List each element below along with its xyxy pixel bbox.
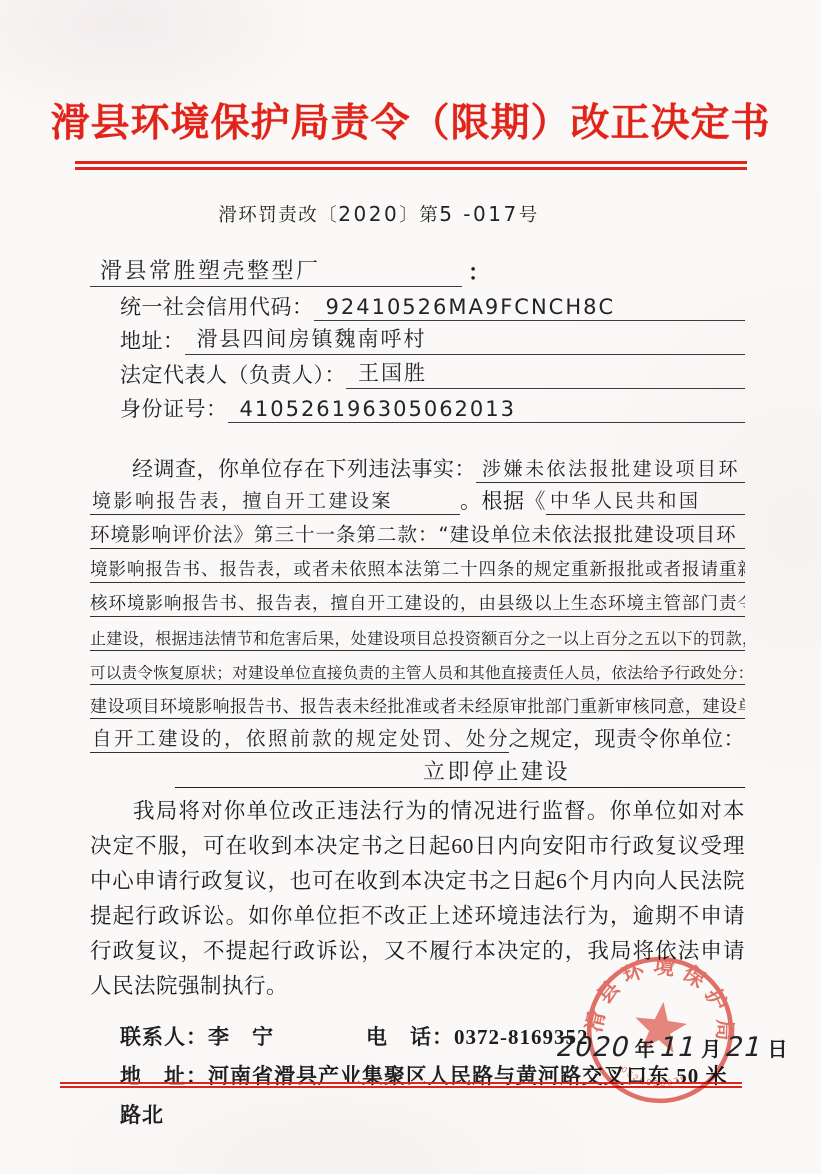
violation-facts-block: 经调查，你单位存在下列违法事实： 涉嫌未依法报批建设项目环 境影响报告表，擅自开… bbox=[90, 449, 745, 1004]
basis-printed: 。根据《 bbox=[460, 485, 546, 515]
law-citation-line: 环境影响评价法》第三十一条第二款：“建设单位未依法报批建设项目环 bbox=[90, 515, 745, 549]
field-credit-code: 统一社会信用代码： 92410526MA9FCNCH8C bbox=[120, 287, 745, 321]
law-citation-end-handwritten: 自开工建设的，依照前款的规定处罚、处分” bbox=[90, 723, 509, 753]
recipient-colon: ： bbox=[462, 256, 490, 287]
field-label: 统一社会信用代码： bbox=[120, 291, 314, 321]
date-year-label: 年 bbox=[635, 1033, 655, 1062]
law-title-handwritten: 中华人民共和国 bbox=[546, 486, 745, 515]
date-year-handwritten: 2020 bbox=[553, 1032, 633, 1063]
field-value-handwritten: 滑县四间房镇魏南呼村 bbox=[185, 323, 746, 355]
law-citation-block: 环境影响评价法》第三十一条第二款：“建设单位未依法报批建设项目环 境影响报告书、… bbox=[90, 515, 745, 719]
stop-construction-handwritten: 立即停止建设 bbox=[175, 755, 745, 788]
law-citation-line: 止建设，根据违法情节和危害后果，处建设项目总投资额百分之一以上百分之五以下的罚款… bbox=[90, 617, 745, 651]
contact-person-label: 联系人： bbox=[120, 1025, 208, 1049]
facts-handwritten-2: 境影响报告表，擅自开工建设案 bbox=[90, 486, 460, 515]
issue-date: 2020 年 11 月 21 日 bbox=[552, 1032, 787, 1063]
field-label: 地址： bbox=[120, 325, 185, 355]
doc-number-prefix: 滑环罚责改〔 bbox=[218, 206, 338, 226]
field-label: 身份证号： bbox=[120, 393, 228, 423]
document-title: 滑县环境保护局责令（限期）改正决定书 bbox=[38, 92, 783, 148]
red-rule-bottom bbox=[75, 167, 747, 170]
title-double-rule bbox=[75, 161, 747, 170]
law-citation-line: 境影响报告书、报告表，或者未依照本法第二十四条的规定重新报批或者报请重新审 bbox=[90, 549, 745, 583]
field-label: 法定代表人（负责人）： bbox=[120, 359, 346, 389]
correction-order-line: 立即停止建设 bbox=[175, 757, 745, 788]
law-citation-line: 核环境影响报告书、报告表，擅自开工建设的，由县级以上生态环境主管部门责令停 bbox=[90, 583, 745, 617]
order-intro-line: 自开工建设的，依照前款的规定处罚、处分” 之规定，现责令你单位： bbox=[90, 719, 745, 753]
date-day-label: 日 bbox=[767, 1033, 787, 1062]
facts-intro-printed: 经调查，你单位存在下列违法事实： bbox=[90, 453, 476, 483]
recipient-line: 滑县常胜塑壳整型厂 ： bbox=[90, 251, 745, 287]
facts-intro-line: 经调查，你单位存在下列违法事实： 涉嫌未依法报批建设项目环 bbox=[90, 449, 745, 483]
contact-person-name: 李 宁 bbox=[208, 1025, 274, 1049]
recipient-name-handwritten: 滑县常胜塑壳整型厂 bbox=[90, 254, 462, 287]
facts-basis-line: 境影响报告表，擅自开工建设案 。根据《 中华人民共和国 bbox=[90, 483, 745, 515]
facts-handwritten-1: 涉嫌未依法报批建设项目环 bbox=[476, 454, 745, 483]
order-printed: 之规定，现责令你单位： bbox=[509, 723, 746, 753]
field-address: 地址： 滑县四间房镇魏南呼村 bbox=[120, 321, 745, 355]
date-month-handwritten: 11 bbox=[656, 1032, 700, 1063]
red-rule-top bbox=[75, 161, 747, 164]
doc-number-suffix: 号 bbox=[519, 206, 539, 226]
field-id-number: 身份证号： 410526196305062013 bbox=[120, 389, 745, 423]
field-value-handwritten: 410526196305062013 bbox=[228, 397, 746, 423]
field-value-handwritten: 92410526MA9FCNCH8C bbox=[314, 295, 746, 321]
seal-serial-digits: 0526030076 bbox=[618, 1064, 691, 1093]
doc-number: 滑环罚责改〔2020〕第5 -017号 bbox=[0, 201, 789, 227]
phone-label: 电 话： bbox=[366, 1025, 454, 1049]
law-citation-line: 可以责令恢复原状；对建设单位直接负责的主管人员和其他直接责任人员，依法给予行政处… bbox=[90, 651, 745, 685]
date-month-label: 月 bbox=[701, 1033, 721, 1062]
date-day-handwritten: 21 bbox=[722, 1032, 766, 1063]
official-seal: 滑县环境保护局 0526030076 bbox=[564, 934, 756, 1126]
field-value-handwritten: 王国胜 bbox=[346, 357, 745, 389]
scanned-document-page: 滑县环境保护局责令（限期）改正决定书 滑环罚责改〔2020〕第5 -017号 滑… bbox=[0, 0, 821, 1174]
svg-text:0526030076: 0526030076 bbox=[618, 1064, 691, 1093]
law-citation-line: 建设项目环境影响报告书、报告表未经批准或者未经原审批部门重新审核同意，建设单位擅 bbox=[90, 685, 745, 719]
field-legal-representative: 法定代表人（负责人）： 王国胜 bbox=[120, 355, 745, 389]
doc-number-mid: 〕第 bbox=[399, 206, 439, 226]
doc-number-year-handwritten: 2020 bbox=[338, 202, 399, 226]
doc-number-serial-handwritten: 5 -017 bbox=[439, 202, 518, 226]
